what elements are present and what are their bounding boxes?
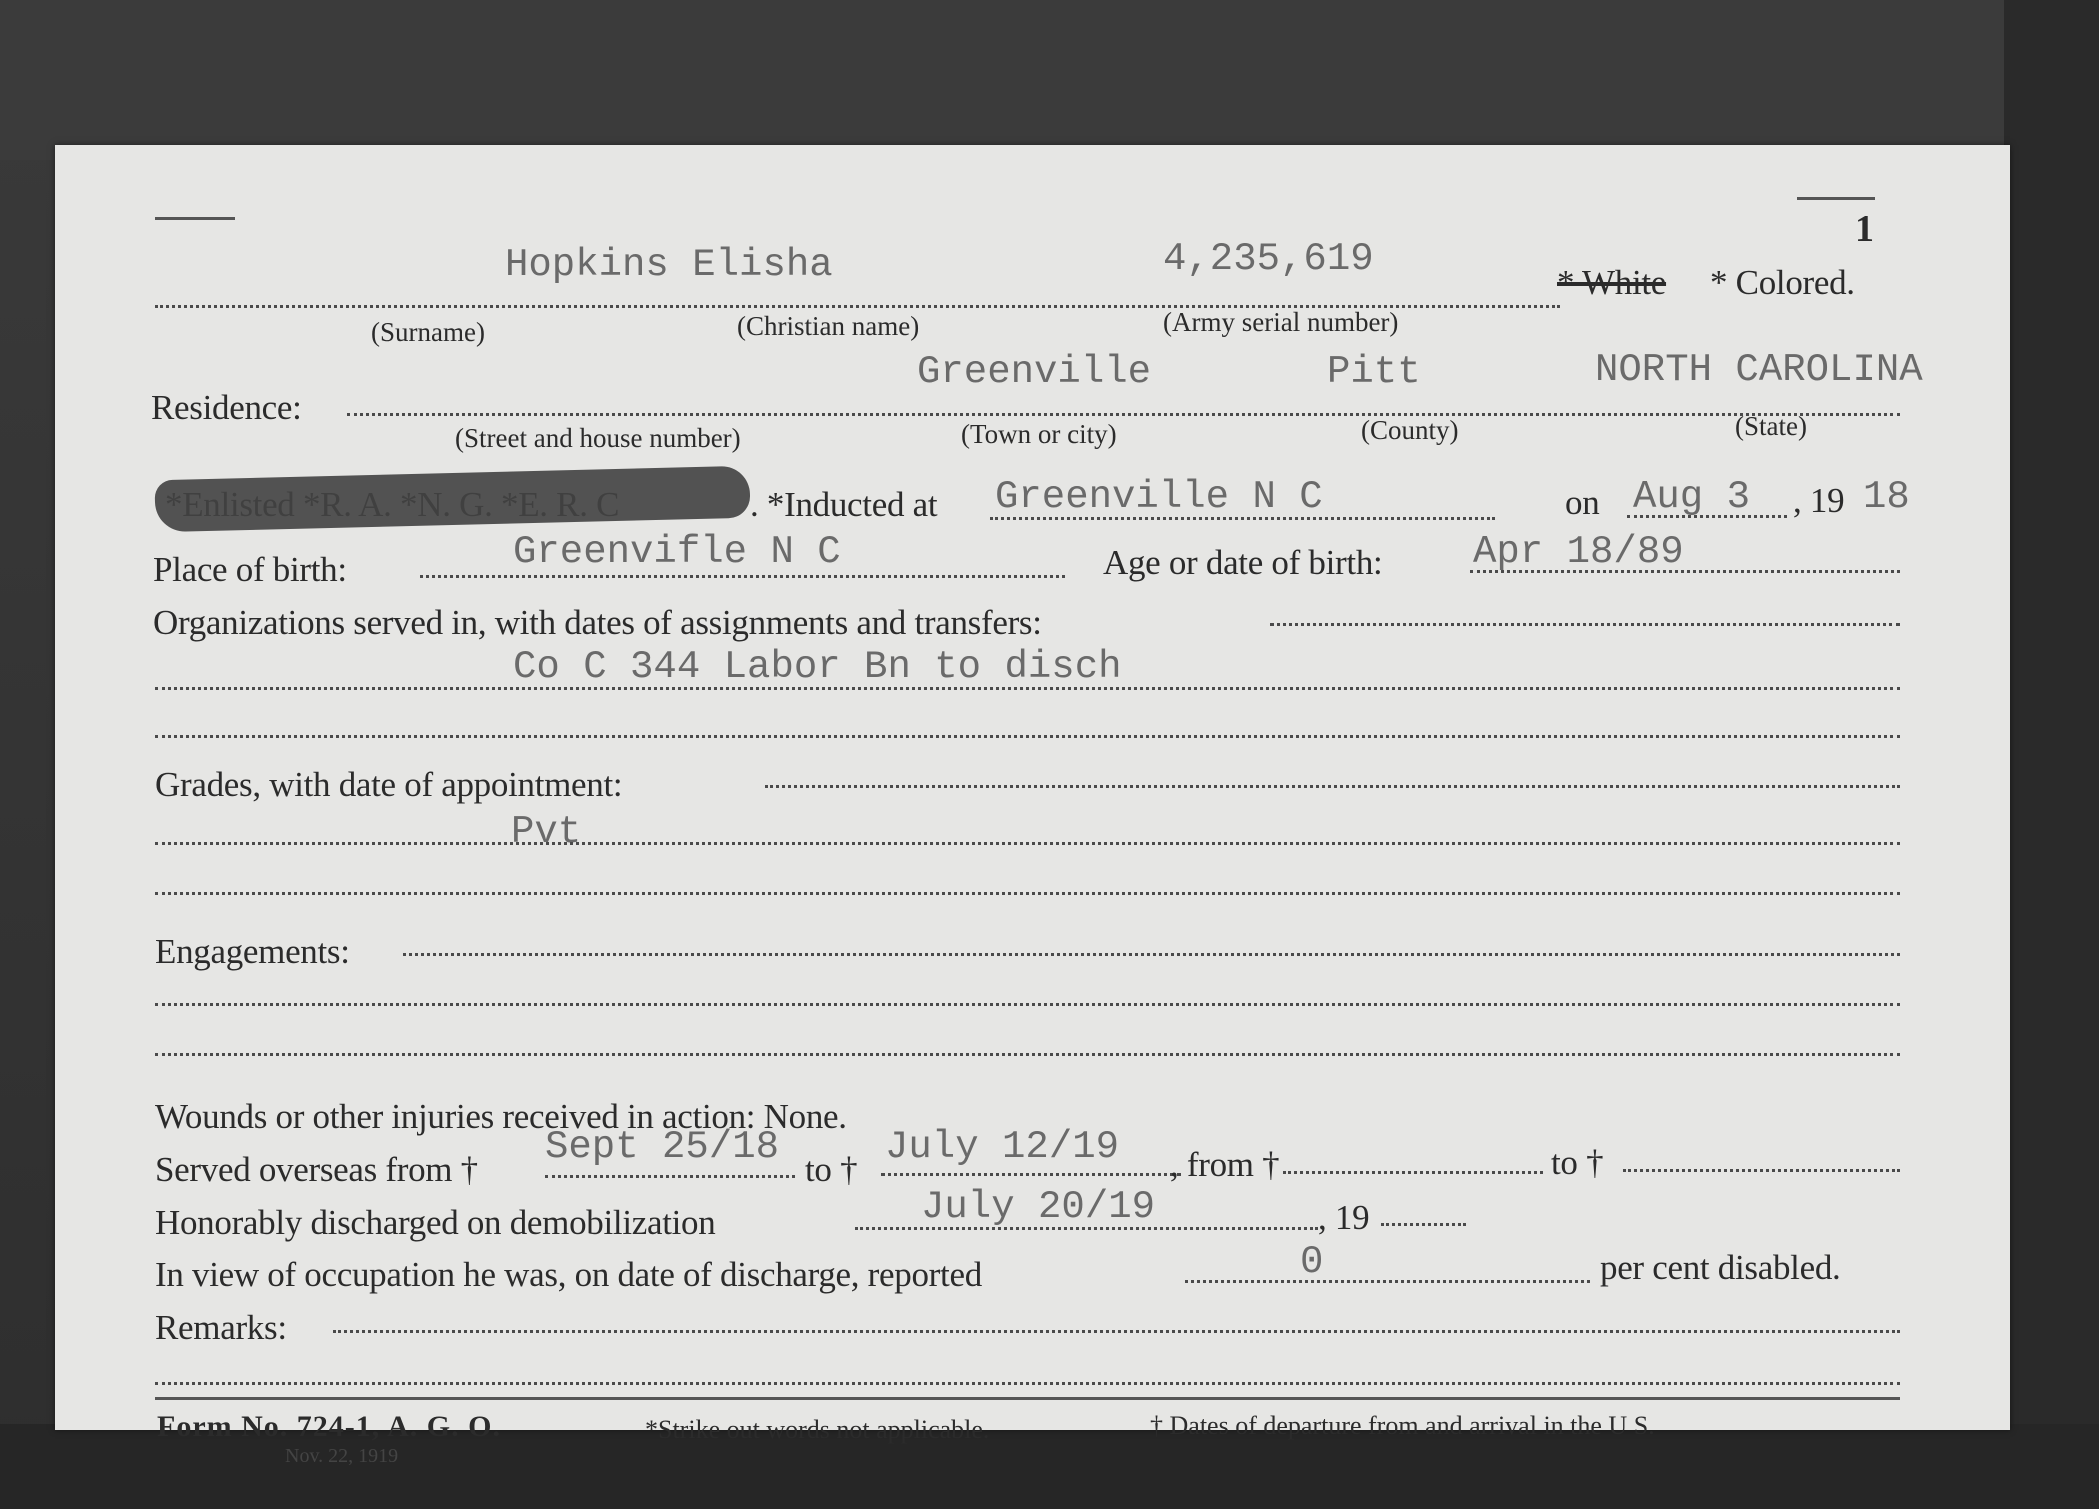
overseas-to-label: to †	[805, 1150, 857, 1190]
dagger-note: † Dates of departure from and arrival in…	[1150, 1411, 1655, 1441]
organizations-label: Organizations served in, with dates of a…	[153, 603, 1042, 643]
place-of-birth-label: Place of birth:	[153, 550, 347, 590]
footer-rule	[155, 1397, 1900, 1400]
overseas-from2-label: , from †	[1170, 1145, 1279, 1185]
disability-value: 0	[1300, 1240, 1323, 1284]
scan-background-right	[2004, 0, 2099, 1509]
induction-date-value: Aug 3	[1633, 475, 1750, 519]
race-colored: * Colored.	[1710, 263, 1855, 303]
top-right-mark	[1797, 197, 1875, 200]
grades-label: Grades, with date of appointment:	[155, 765, 622, 805]
christian-name-caption: (Christian name)	[737, 311, 919, 342]
organizations-value: Co C 344 Labor Bn to disch	[513, 645, 1122, 689]
disability-label: In view of occupation he was, on date of…	[155, 1255, 982, 1295]
surname-caption: (Surname)	[371, 317, 485, 348]
card-number: 1	[1855, 207, 1874, 251]
place-of-birth-line	[420, 575, 1065, 578]
top-left-mark	[155, 217, 235, 220]
overseas-from-value: Sept 25/18	[545, 1125, 779, 1169]
overseas-to2-line	[1623, 1169, 1900, 1172]
overseas-to2-label: to †	[1551, 1143, 1603, 1183]
induction-year-prefix: , 19	[1793, 481, 1844, 521]
form-number: Form No. 724-1, A. G. O.	[157, 1410, 501, 1444]
date-of-birth-label: Age or date of birth:	[1103, 543, 1382, 583]
grades-line-3	[155, 892, 1900, 895]
residence-line	[347, 413, 1900, 416]
service-record-card: 1 Hopkins Elisha 4,235,619 * White * Col…	[55, 145, 2010, 1430]
inducted-line	[990, 517, 1495, 520]
scan-background-top	[0, 0, 2099, 160]
county-caption: (County)	[1361, 415, 1459, 446]
organizations-line-2	[155, 687, 1900, 690]
induction-year-value: 18	[1863, 475, 1910, 519]
remarks-label: Remarks:	[155, 1308, 287, 1348]
race-white-struck: * White	[1557, 263, 1666, 303]
date-of-birth-value: Apr 18/89	[1473, 530, 1684, 574]
place-of-birth-value: Greenvifle N C	[513, 530, 841, 574]
redaction-mark	[154, 466, 750, 533]
inducted-label: . *Inducted at	[750, 485, 937, 525]
discharge-date-value: July 20/19	[921, 1185, 1155, 1229]
date-of-birth-line	[1470, 570, 1900, 573]
organizations-line-1	[1270, 623, 1900, 626]
grades-line-1	[765, 785, 1900, 788]
remarks-line-2	[155, 1382, 1900, 1385]
discharge-label: Honorably discharged on demobilization	[155, 1203, 715, 1243]
discharge-year-line	[1381, 1223, 1466, 1226]
residence-state-value: NORTH CAROLINA	[1595, 348, 1923, 392]
discharge-year-label: , 19	[1318, 1198, 1369, 1238]
inducted-place-value: Greenville N C	[995, 475, 1323, 519]
overseas-label: Served overseas from †	[155, 1150, 478, 1190]
strike-note: *Strike out words not applicable.	[645, 1415, 989, 1445]
overseas-from2-line	[1283, 1171, 1543, 1174]
discharge-date-line	[855, 1227, 1318, 1230]
serial-number-value: 4,235,619	[1163, 237, 1374, 281]
overseas-to-line	[881, 1173, 1181, 1176]
disability-line	[1185, 1280, 1590, 1283]
town-caption: (Town or city)	[961, 419, 1117, 450]
name-value: Hopkins Elisha	[505, 243, 833, 287]
state-caption: (State)	[1735, 411, 1807, 442]
engagements-line-3	[155, 1053, 1900, 1056]
overseas-to-value: July 12/19	[885, 1125, 1119, 1169]
residence-county-value: Pitt	[1327, 350, 1421, 394]
remarks-line-1	[333, 1330, 1900, 1333]
engagements-line-2	[155, 1003, 1900, 1006]
organizations-line-3	[155, 735, 1900, 738]
overseas-from-line	[545, 1175, 795, 1178]
induction-date-line	[1627, 515, 1787, 518]
grades-line-2	[155, 842, 1900, 845]
inducted-on-label: on	[1565, 483, 1599, 523]
engagements-line-1	[403, 953, 1900, 956]
form-date: Nov. 22, 1919	[285, 1445, 398, 1468]
serial-caption: (Army serial number)	[1163, 307, 1398, 338]
residence-label: Residence:	[151, 388, 302, 428]
disability-suffix: per cent disabled.	[1600, 1248, 1840, 1288]
residence-town-value: Greenville	[917, 350, 1151, 394]
grades-value: Pvt	[511, 810, 581, 854]
engagements-label: Engagements:	[155, 932, 350, 972]
street-caption: (Street and house number)	[455, 423, 741, 454]
